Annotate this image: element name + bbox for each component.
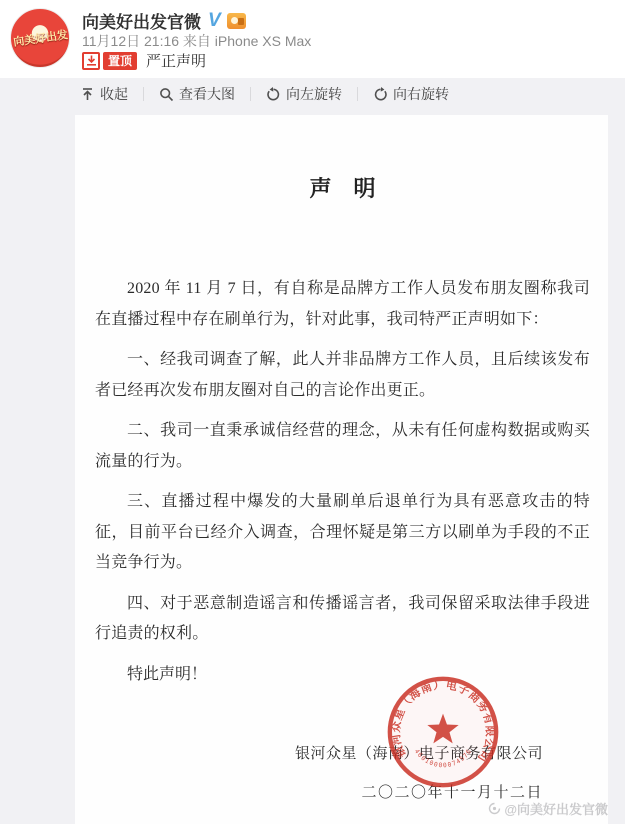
image-area: 声 明 2020 年 11 月 7 日，有自称是品牌方工作人员发布朋友圈称我司在… xyxy=(0,110,625,824)
author-name[interactable]: 向美好出发官微 xyxy=(82,8,201,33)
rotate-left-icon xyxy=(266,87,281,102)
toolbar-divider xyxy=(357,87,358,101)
pinned-badge: 置顶 xyxy=(103,52,137,70)
avatar-logo-text: 向美好出发 xyxy=(12,26,69,49)
collapse-label: 收起 xyxy=(100,84,128,104)
member-badge-icon xyxy=(227,13,246,29)
statement-closing: 特此声明！ xyxy=(95,660,590,691)
statement-paragraph: 三、直播过程中爆发的大量刷单后退单行为具有恶意攻击的特征，目前平台已经介入调查，… xyxy=(95,487,590,579)
rotate-left-label: 向左旋转 xyxy=(286,84,342,104)
statement-body: 2020 年 11 月 7 日，有自称是品牌方工作人员发布朋友圈称我司在直播过程… xyxy=(95,274,590,690)
statement-image[interactable]: 声 明 2020 年 11 月 7 日，有自称是品牌方工作人员发布朋友圈称我司在… xyxy=(75,115,608,824)
watermark-text: @向美好出发官微 xyxy=(504,799,608,818)
post-timestamp: 11月12日 21:16 来自 iPhone XS Max xyxy=(82,31,311,51)
statement-title: 声 明 xyxy=(95,174,590,204)
collapse-button[interactable]: 收起 xyxy=(80,84,128,104)
image-toolbar: 收起 查看大图 向左旋转 向右旋转 xyxy=(0,78,625,110)
rotate-right-icon xyxy=(373,87,388,102)
watermark: @向美好出发官微 xyxy=(487,799,608,818)
company-seal: 银河众星（海南）电子商务有限公司 46010000074576 xyxy=(385,674,501,790)
statement-paragraph: 一、经我司调查了解，此人并非品牌方工作人员，且后续该发布者已经再次发布朋友圈对自… xyxy=(95,345,590,406)
collapse-icon xyxy=(80,87,95,102)
post-text: 严正声明 xyxy=(146,50,206,71)
statement-paragraph: 2020 年 11 月 7 日，有自称是品牌方工作人员发布朋友圈称我司在直播过程… xyxy=(95,274,590,335)
view-large-button[interactable]: 查看大图 xyxy=(159,84,235,104)
rotate-right-button[interactable]: 向右旋转 xyxy=(373,84,449,104)
magnifier-icon xyxy=(159,87,174,102)
statement-paragraph: 四、对于恶意制造谣言和传播谣言者，我司保留采取法律手段进行追责的权利。 xyxy=(95,589,590,650)
pin-icon xyxy=(82,52,100,70)
toolbar-divider xyxy=(250,87,251,101)
view-large-label: 查看大图 xyxy=(179,84,235,104)
avatar[interactable]: 向美好出发 xyxy=(10,8,70,68)
rotate-left-button[interactable]: 向左旋转 xyxy=(266,84,342,104)
post-header: 向美好出发 向美好出发官微 V 11月12日 21:16 来自 iPhone X… xyxy=(0,0,625,78)
rotate-right-label: 向右旋转 xyxy=(393,84,449,104)
verified-v-icon: V xyxy=(208,11,221,30)
statement-paragraph: 二、我司一直秉承诚信经营的理念，从未有任何虚构数据或购买流量的行为。 xyxy=(95,416,590,477)
weibo-watermark-icon xyxy=(487,801,502,816)
toolbar-divider xyxy=(143,87,144,101)
